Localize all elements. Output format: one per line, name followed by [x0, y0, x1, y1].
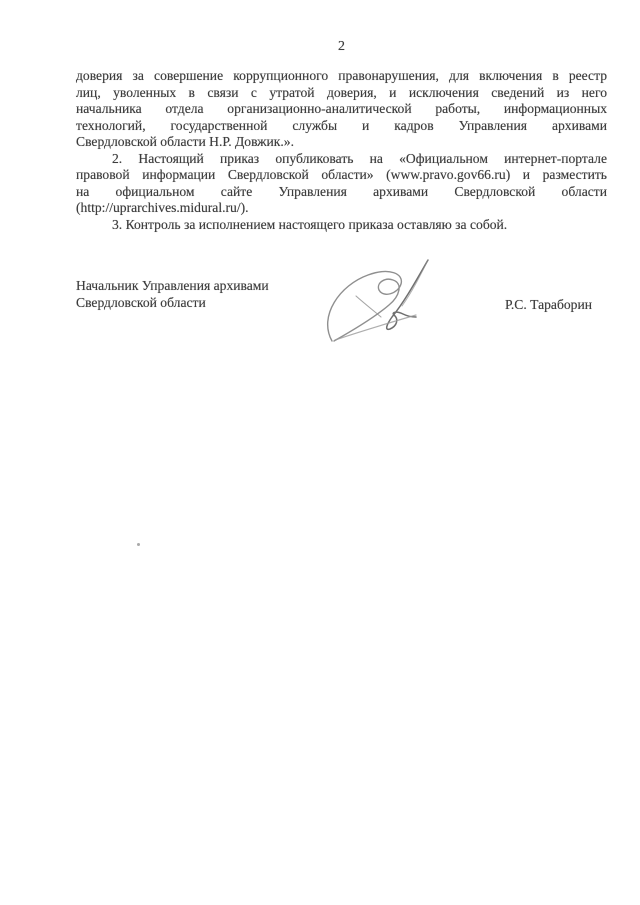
text-line: технологий, государственной службы и кад… [76, 118, 607, 135]
paragraph-point-2: 2. Настоящий приказ опубликовать на «Офи… [76, 151, 607, 217]
text-line: (http://uprarchives.midural.ru/). [76, 200, 607, 217]
handwritten-signature-icon [322, 254, 450, 354]
signatory-title-line-2: Свердловской области [76, 295, 269, 312]
text-line: доверия за совершение коррупционного пра… [76, 68, 607, 85]
text-line: 3. Контроль за исполнением настоящего пр… [76, 217, 607, 234]
signatory-name: Р.С. Тараборин [505, 297, 592, 313]
text-line: 2. Настоящий приказ опубликовать на «Офи… [76, 151, 607, 168]
document-page: 2 доверия за совершение коррупционного п… [0, 0, 640, 905]
signatory-title: Начальник Управления архивами Свердловск… [76, 278, 269, 311]
text-line: Свердловской области Н.Р. Довжик.». [76, 134, 607, 151]
text-line: начальника отдела организационно-аналити… [76, 101, 607, 118]
paragraph-continuation: доверия за совершение коррупционного пра… [76, 68, 607, 151]
signatory-title-line-1: Начальник Управления архивами [76, 278, 269, 295]
paragraph-point-3: 3. Контроль за исполнением настоящего пр… [76, 217, 607, 234]
order-text: доверия за совершение коррупционного пра… [76, 68, 607, 233]
text-line: правовой информации Свердловской области… [76, 167, 607, 184]
text-line: лиц, уволенных в связи с утратой доверия… [76, 85, 607, 102]
page-number: 2 [76, 39, 607, 55]
text-line: на официальном сайте Управления архивами… [76, 184, 607, 201]
scan-artifact-speck [137, 543, 140, 546]
